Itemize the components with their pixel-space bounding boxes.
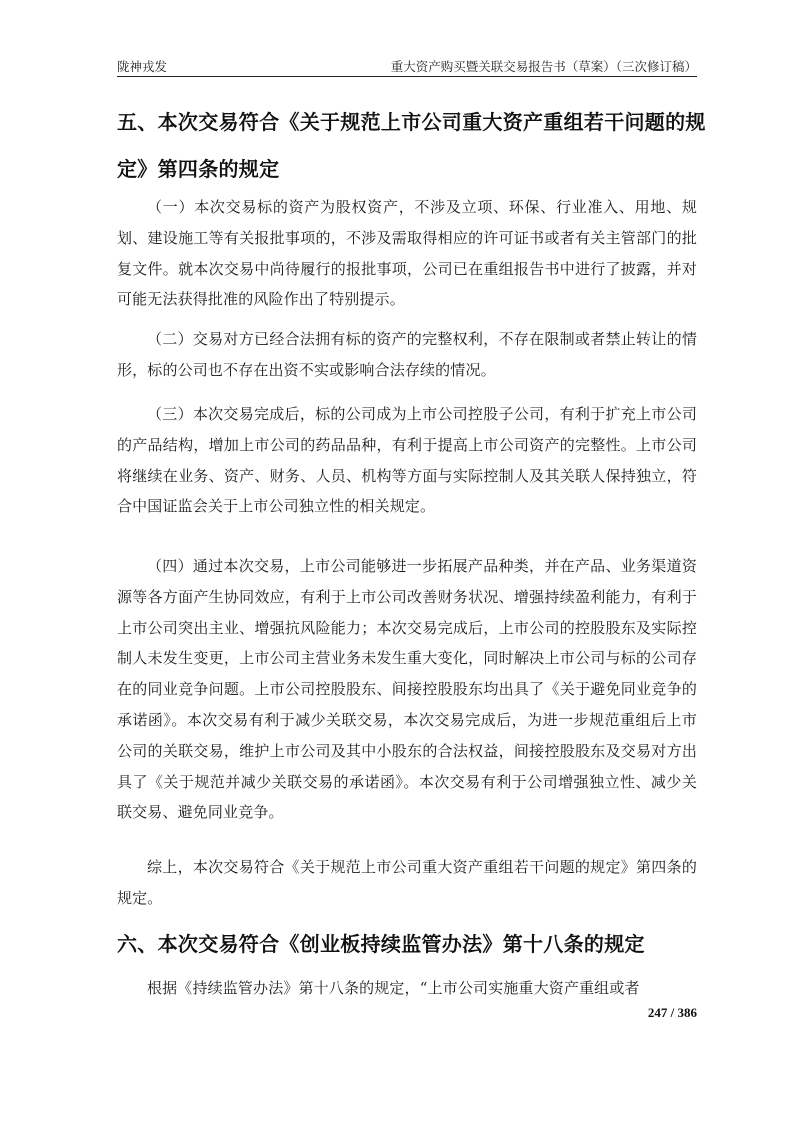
section-heading-5: 五、本次交易符合《关于规范上市公司重大资产重组若干问题的规定》第四条的规定 — [117, 99, 707, 193]
header-document-title: 重大资产购买暨关联交易报告书（草案）（三次修订稿） — [391, 61, 697, 74]
paragraph-item-1: （一）本次交易标的资产为股权资产，不涉及立项、环保、行业准入、用地、规划、建设施… — [117, 192, 697, 315]
header-company-name: 陇神戎发 — [117, 61, 167, 74]
paragraph-summary: 综上，本次交易符合《关于规范上市公司重大资产重组若干问题的规定》第四条的规定。 — [117, 852, 697, 914]
paragraph-item-3: （三）本次交易完成后，标的公司成为上市公司控股子公司，有利于扩充上市公司的产品结… — [117, 399, 697, 522]
paragraph-item-4: （四）通过本次交易，上市公司能够进一步拓展产品种类，并在产品、业务渠道资源等各方… — [117, 551, 697, 828]
paragraph-item-2: （二）交易对方已经合法拥有标的资产的完整权利，不存在限制或者禁止转让的情形，标的… — [117, 324, 697, 386]
paragraph-section-6-intro: 根据《持续监管办法》第十八条的规定，“上市公司实施重大资产重组或者 — [117, 973, 697, 1004]
section-heading-6: 六、本次交易符合《创业板持续监管办法》第十八条的规定 — [117, 929, 707, 959]
running-header: 陇神戎发 重大资产购买暨关联交易报告书（草案）（三次修订稿） — [117, 55, 697, 77]
page-number: 247 / 386 — [648, 1005, 697, 1021]
